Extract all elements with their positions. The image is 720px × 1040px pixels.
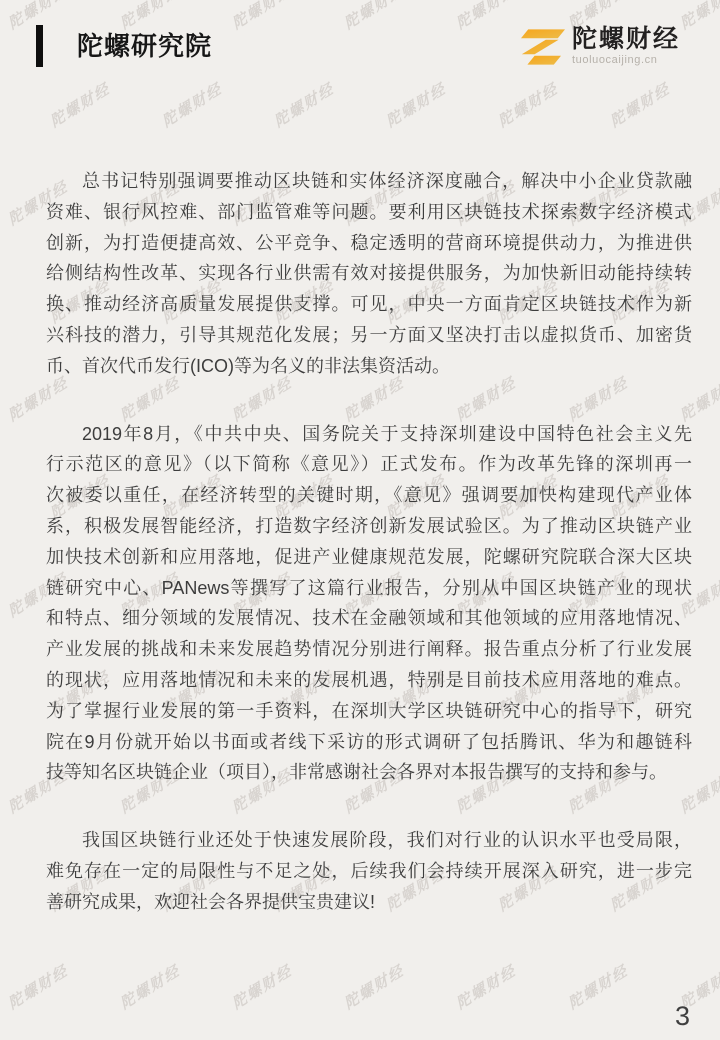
page-number: 3 — [675, 1001, 690, 1031]
text-line: 系，积极发展智能经济，打造数字经济创新发展试验区。为了推动区块链产业 — [46, 511, 692, 542]
text-line: 的现状，应用落地情况和未来的发展机遇，特别是目前技术应用落地的难点。 — [46, 665, 692, 696]
header-accent-bar — [36, 25, 43, 67]
text-line: 2019年8月，《中共中央、国务院关于支持深圳建设中国特色社会主义先 — [46, 419, 692, 450]
watermark-text: 陀螺财经 — [117, 959, 184, 1014]
paragraph: 我国区块链行业还处于快速发展阶段，我们对行业的认识水平也受局限，难免存在一定的局… — [46, 825, 692, 917]
watermark-text: 陀螺财经 — [5, 959, 72, 1014]
watermark-text: 陀螺财经 — [453, 959, 520, 1014]
document-body: 总书记特别强调要推动区块链和实体经济深度融合，解决中小企业贷款融资难、银行风控难… — [46, 166, 692, 955]
watermark-text: 陀螺财经 — [159, 77, 226, 132]
text-line: 币、首次代币发行(ICO)等为名义的非法集资活动。 — [46, 351, 692, 382]
brand-logo: 陀螺财经 tuoluocaijing.cn — [517, 25, 680, 67]
paragraph: 2019年8月，《中共中央、国务院关于支持深圳建设中国特色社会主义先行示范区的意… — [46, 419, 692, 789]
text-line: 和特点、细分领域的发展情况、技术在金融领域和其他领域的应用落地情况、 — [46, 603, 692, 634]
watermark-text: 陀螺财经 — [495, 77, 562, 132]
watermark-text: 陀螺财经 — [47, 77, 114, 132]
page-header: 陀螺研究院 陀螺财经 tuoluocaijing — [36, 25, 680, 67]
page-title: 陀螺研究院 — [77, 25, 212, 67]
brand-domain: tuoluocaijing.cn — [572, 54, 680, 66]
text-line: 善研究成果，欢迎社会各界提供宝贵建议! — [46, 887, 692, 918]
text-line: 难免存在一定的局限性与不足之处，后续我们会持续开展深入研究，进一步完 — [46, 856, 692, 887]
text-line: 次被委以重任，在经济转型的关键时期，《意见》强调要加快构建现代产业体 — [46, 480, 692, 511]
text-line: 资难、银行风控难、部门监管难等问题。要利用区块链技术探索数字经济模式 — [46, 197, 692, 228]
text-line: 技等知名区块链企业（项目），非常感谢社会各界对本报告撰写的支持和参与。 — [46, 757, 692, 788]
watermark-text: 陀螺财经 — [565, 959, 632, 1014]
report-page: 陀螺财经陀螺财经陀螺财经陀螺财经陀螺财经陀螺财经陀螺财经陀螺财经陀螺财经陀螺财经… — [0, 0, 720, 1040]
text-line: 给侧结构性改革、实现各行业供需有效对接提供服务，为加快新旧动能持续转 — [46, 258, 692, 289]
brand-name: 陀螺财经 — [572, 25, 680, 53]
watermark-text: 陀螺财经 — [341, 959, 408, 1014]
text-line: 加快技术创新和应用落地，促进产业健康规范发展，陀螺研究院联合深大区块 — [46, 542, 692, 573]
header-left: 陀螺研究院 — [36, 25, 212, 67]
text-line: 换、推动经济高质量发展提供支撑。可见，中央一方面肯定区块链技术作为新 — [46, 289, 692, 320]
brand-text: 陀螺财经 tuoluocaijing.cn — [572, 25, 680, 66]
watermark-text: 陀螺财经 — [383, 77, 450, 132]
text-line: 总书记特别强调要推动区块链和实体经济深度融合，解决中小企业贷款融 — [46, 166, 692, 197]
watermark-text: 陀螺财经 — [229, 959, 296, 1014]
watermark-text: 陀螺财经 — [607, 77, 674, 132]
brand-z-icon — [517, 25, 565, 67]
text-line: 为了掌握行业发展的第一手资料，在深圳大学区块链研究中心的指导下，研究 — [46, 696, 692, 727]
text-line: 院在9月份就开始以书面或者线下采访的形式调研了包括腾讯、华为和趣链科 — [46, 727, 692, 758]
watermark-text: 陀螺财经 — [271, 77, 338, 132]
paragraph: 总书记特别强调要推动区块链和实体经济深度融合，解决中小企业贷款融资难、银行风控难… — [46, 166, 692, 382]
watermark-text: 陀螺财经 — [677, 0, 720, 34]
text-line: 兴科技的潜力，引导其规范化发展；另一方面又坚决打击以虚拟货币、加密货 — [46, 320, 692, 351]
text-line: 我国区块链行业还处于快速发展阶段，我们对行业的认识水平也受局限， — [46, 825, 692, 856]
text-line: 产业发展的挑战和未来发展趋势情况分别进行阐释。报告重点分析了行业发展 — [46, 634, 692, 665]
text-line: 链研究中心、PANews等撰写了这篇行业报告，分别从中国区块链产业的现状 — [46, 573, 692, 604]
text-line: 创新，为打造便捷高效、公平竞争、稳定透明的营商环境提供动力，为推进供 — [46, 228, 692, 259]
text-line: 行示范区的意见》（以下简称《意见》）正式发布。作为改革先锋的深圳再一 — [46, 449, 692, 480]
